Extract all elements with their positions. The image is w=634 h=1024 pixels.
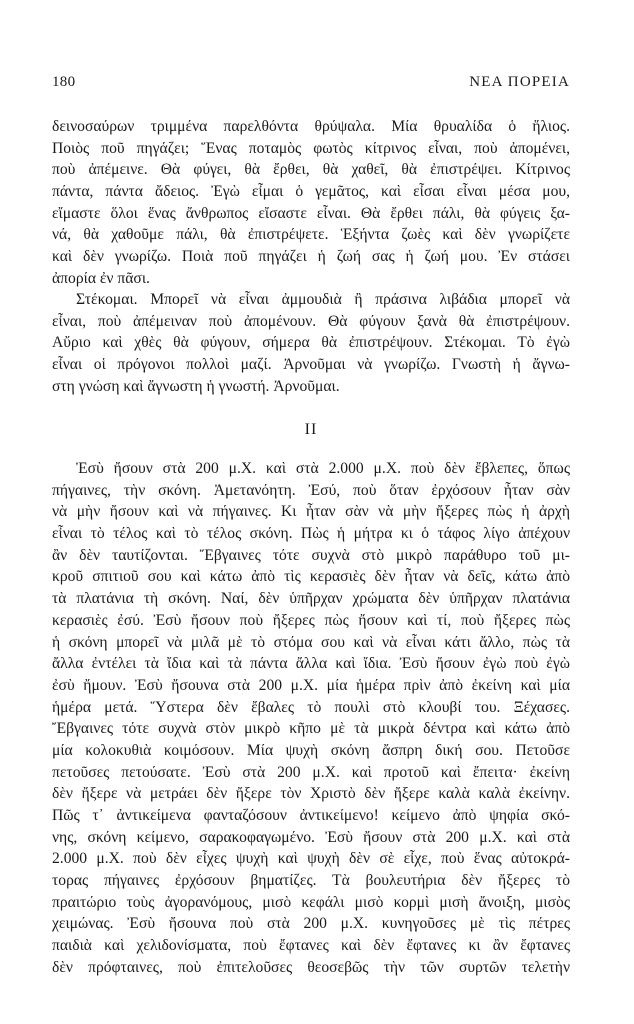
text-line: ἡμέρα μετά. Ὕστερα δὲν ἔβαλες τὸ πουλὶ σ… [52,697,570,719]
section-heading: II [52,421,570,439]
text-line: χειμώνας. Ἐσὺ ἤσουνα ποὺ στὰ 200 μ.Χ. κυ… [52,913,570,935]
text-line: Ἐσὺ ἤσουν στὰ 200 μ.Χ. καὶ στὰ 2.000 μ.Χ… [52,458,570,480]
text-line: εἶναι τὸ τέλος καὶ τὸ τέλος σκόνη. Πὼς ἡ… [52,523,570,545]
text-line: νης, σκόνη κείμενο, σαρακοφαγωμένο. Ἐσὺ … [52,827,570,849]
text-line: νά, θὰ χαθοῦμε πάλι, θὰ ἐπιστρέψετε. Ἑξή… [52,224,570,246]
text-line: τορας πήγαινες ἐρχόσουν βηματίζες. Τὰ βο… [52,870,570,892]
text-line: 2.000 μ.Χ. ποὺ δὲν εἶχες ψυχὴ καὶ ψυχὴ δ… [52,848,570,870]
text-line: τὰ πλατάνια τὴ σκόνη. Ναί, δὲν ὑπῆρχαν χ… [52,588,570,610]
paragraph-3: Ἐσὺ ἤσουν στὰ 200 μ.Χ. καὶ στὰ 2.000 μ.Χ… [52,458,570,979]
text-line: ἄλλα ἐντέλει τὰ ἴδια καὶ τὰ πάντα ἄλλα κ… [52,653,570,675]
text-line: καὶ δὲν γνωρίζω. Ποιὰ ποῦ πηγάζει ἡ ζωή … [52,246,570,268]
text-line: στη γνώση καὶ ἄγνωστη ἡ γνωστή. Ἀρνοῦμαι… [52,376,570,398]
text-line: κερασιὲς ἐσύ. Ἐσὺ ἤσουν ποὺ ἤξερες πὼς ἤ… [52,610,570,632]
text-line: ἂν δὲν ταυτίζονται. Ἔβγαινες τότε συχνὰ … [52,545,570,567]
running-head: 180 ΝΕΑ ΠΟΡΕΙΑ [52,74,570,94]
text-line: πήγαινες, τὴν σκόνη. Ἀμετανόητη. Ἐσύ, πο… [52,480,570,502]
text-line: κροῦ σπιτιοῦ σου καὶ κάτω ἀπὸ τὶς κερασι… [52,566,570,588]
text-line: μία κολοκυθιὰ κοιμόσουν. Μία ψυχὴ σκόνη … [52,740,570,762]
text-line: Ποιὸς ποῦ πηγάζει; Ἕνας ποταμὸς φωτὸς κί… [52,138,570,160]
book-page: 180 ΝΕΑ ΠΟΡΕΙΑ δεινοσαύρων τριμμένα παρε… [0,0,634,1024]
paragraph-2: Στέκομαι. Μπορεῖ νὰ εἶναι ἀμμουδιὰ ἢ πρά… [52,289,570,397]
text-line: πραιτώριο τοὺς ἀγορανόμους, μισὸ κεφάλι … [52,892,570,914]
text-line: ἀπορία ἐν πᾶσι. [52,268,570,290]
text-line: εἶναι οἱ πρόγονοι πολλοὶ μαζί. Ἀρνοῦμαι … [52,354,570,376]
text-line: Πῶς τ᾽ ἀντικείμενα φανταζόσουν ἀντικείμε… [52,805,570,827]
text-line: Στέκομαι. Μπορεῖ νὰ εἶναι ἀμμουδιὰ ἢ πρά… [52,289,570,311]
text-line: πετοῦσες πετούσατε. Ἐσὺ στὰ 200 μ.Χ. καὶ… [52,762,570,784]
page-number: 180 [52,74,75,91]
running-title: ΝΕΑ ΠΟΡΕΙΑ [469,74,570,91]
text-line: ποὺ ἀπέμεινε. Θὰ φύγει, θὰ ἔρθει, θὰ χαθ… [52,159,570,181]
text-line: ἐσὺ ἤμουν. Ἐσὺ ἤσουνα στὰ 200 μ.Χ. μία ἡ… [52,675,570,697]
text-line: εἶναι, ποὺ ἀπέμειναν ποὺ ἀπομένουν. Θὰ φ… [52,311,570,333]
text-line: Ἔβγαινες τότε συχνὰ στὸν μικρὸ κῆπο μὲ τ… [52,718,570,740]
text-line: παιδιὰ καὶ χελιδονίσματα, ποὺ ἔφτανες κα… [52,935,570,957]
text-line: πάντα, πάντα ἄδειος. Ἐγὼ εἶμαι ὁ γεμᾶτος… [52,181,570,203]
text-line: ἡ σκόνη μπορεῖ νὰ μιλᾶ μὲ τὸ στόμα σου κ… [52,632,570,654]
text-line: δὲν πρόφταινες, ποὺ ἐπιτελοῦσες θεοσεβῶς… [52,957,570,979]
text-line: δεινοσαύρων τριμμένα παρελθόντα θρύψαλα.… [52,116,570,138]
paragraph-1: δεινοσαύρων τριμμένα παρελθόντα θρύψαλα.… [52,116,570,290]
text-line: εἴμαστε ὅλοι ἕνας ἄνθρωπος εἴσαστε εἶναι… [52,203,570,225]
text-line: Αὔριο καὶ χθὲς θὰ φύγουν, σήμερα θὰ ἐπισ… [52,332,570,354]
text-line: δὲν ἤξερε νὰ μετράει δὲν ἤξερε τὸν Χριστ… [52,783,570,805]
text-line: νὰ μὴν ἤσουν καὶ νὰ πήγαινες. Κι ἦταν σὰ… [52,501,570,523]
